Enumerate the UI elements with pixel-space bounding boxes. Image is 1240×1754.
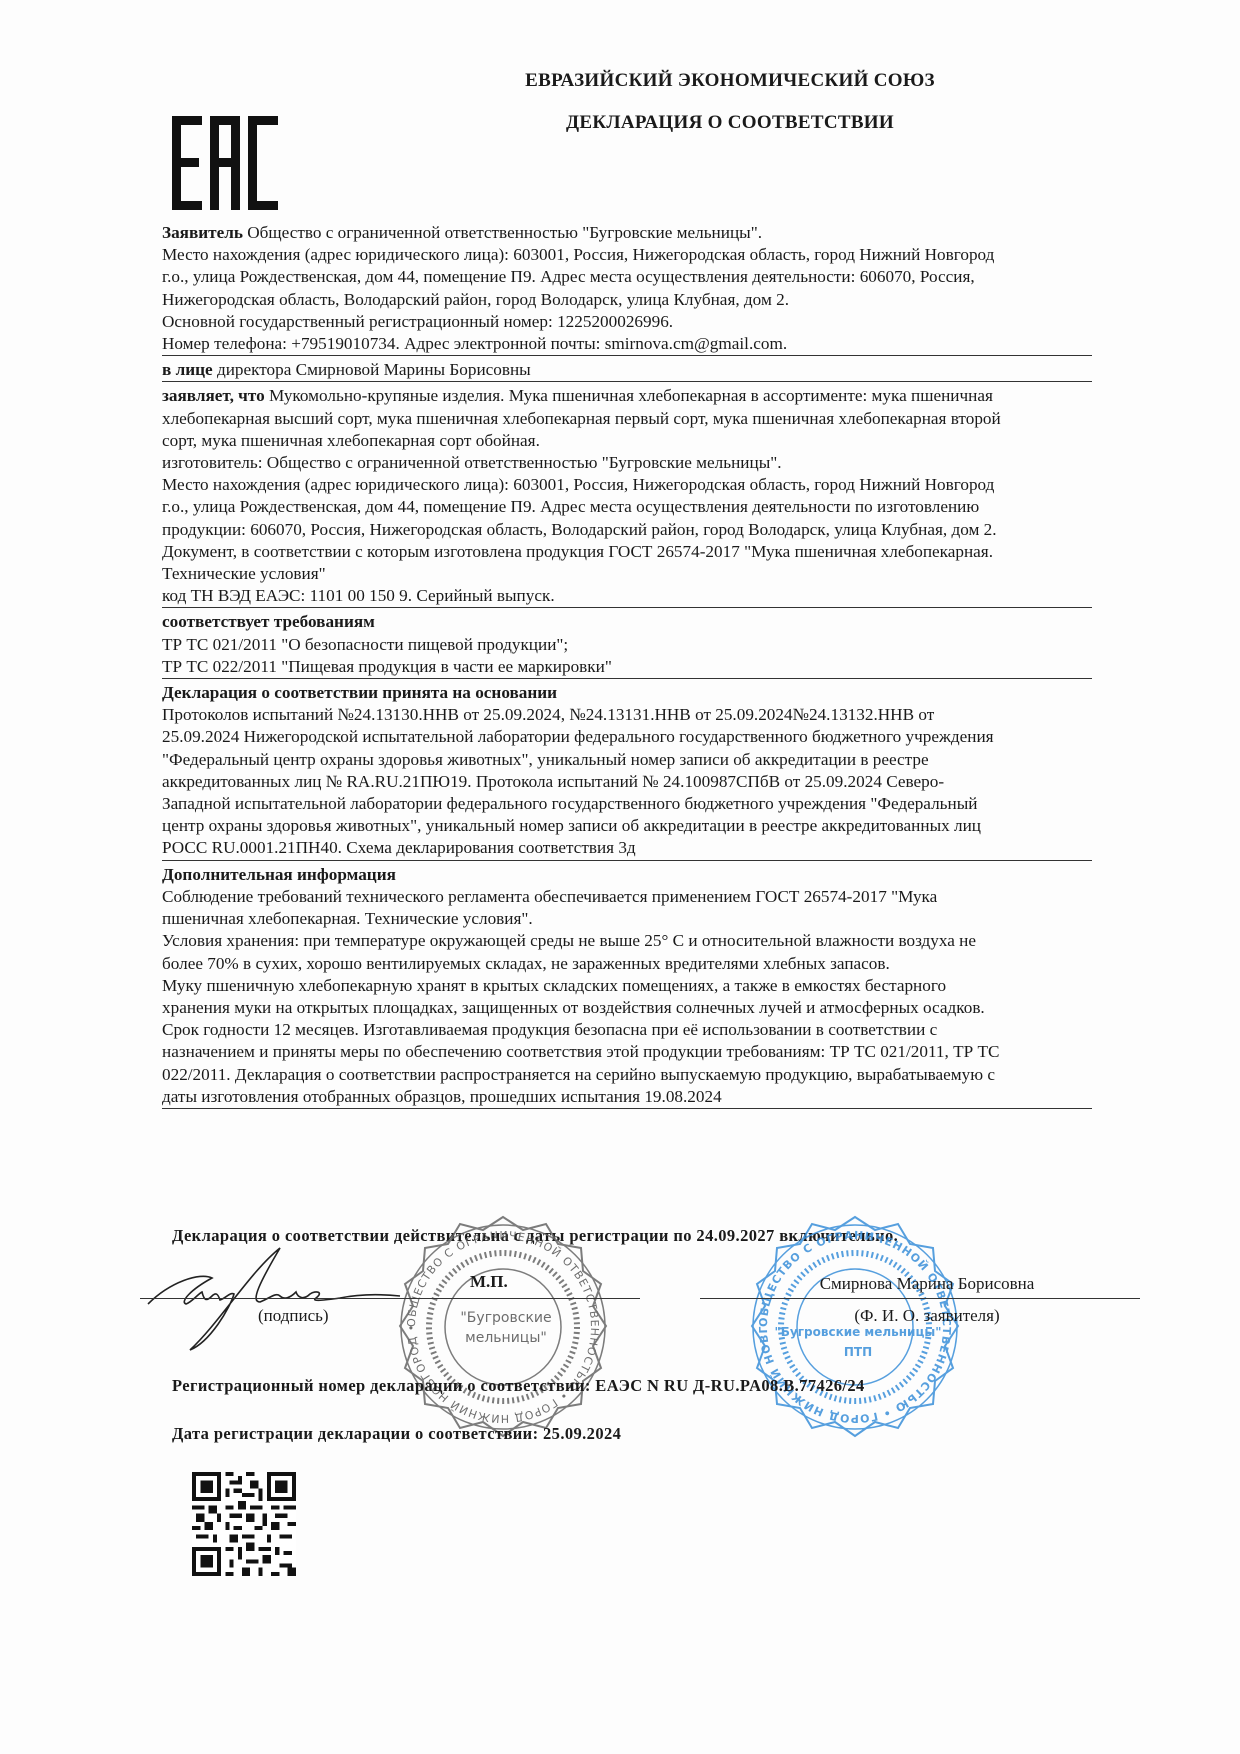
applicant-address-line: Место нахождения (адрес юридического лиц… <box>162 244 1092 266</box>
declares-line: продукции: 606070, Россия, Нижегородская… <box>162 519 1092 541</box>
basis-label: Декларация о соответствии принята на осн… <box>162 682 1092 704</box>
basis-line: Протоколов испытаний №24.13130.ННВ от 25… <box>162 704 1092 726</box>
declares-label: заявляет, что <box>162 386 265 405</box>
additional-line: Условия хранения: при температуре окружа… <box>162 930 1092 952</box>
signature-block: М.П. (подпись) Смирнова Марина Борисовна… <box>140 1250 1100 1360</box>
declares-line: Место нахождения (адрес юридического лиц… <box>162 474 1092 496</box>
declares-line: Документ, в соответствии с которым изгот… <box>162 541 1092 563</box>
applicant-address-line: Нижегородская область, Володарский район… <box>162 289 1092 311</box>
applicant-name: Общество с ограниченной ответственностью… <box>243 223 762 242</box>
basis-section: Декларация о соответствии принята на осн… <box>162 682 1092 861</box>
eac-logo-icon <box>172 116 280 210</box>
additional-line: Муку пшеничную хлебопекарную хранят в кр… <box>162 975 1092 997</box>
basis-line: 25.09.2024 Нижегородской испытательной л… <box>162 726 1092 748</box>
regulation-line: ТР ТС 022/2011 "Пищевая продукция в част… <box>162 656 1092 678</box>
registration-number-label: Регистрационный номер декларации о соотв… <box>172 1376 595 1395</box>
qr-code-icon[interactable] <box>192 1472 296 1576</box>
declares-line: хлебопекарная высший сорт, мука пшенична… <box>162 408 1092 430</box>
declares-line: сорт, мука пшеничная хлебопекарная сорт … <box>162 430 1092 452</box>
applicant-full-name: Смирнова Марина Борисовна <box>722 1274 1132 1294</box>
additional-line: назначением и приняты меры по обеспечени… <box>162 1041 1092 1063</box>
handwritten-signature-icon <box>140 1242 420 1352</box>
additional-line: Соблюдение требований технического регла… <box>162 886 1092 908</box>
declares-line: Технические условия" <box>162 563 1092 585</box>
registration-date-line: Дата регистрации декларации о соответств… <box>172 1424 621 1444</box>
additional-line: пшеничная хлебопекарная. Технические усл… <box>162 908 1092 930</box>
additional-line: Срок годности 12 месяцев. Изготавливаема… <box>162 1019 1092 1041</box>
name-line <box>700 1298 1140 1299</box>
document-title: ДЕКЛАРАЦИЯ О СООТВЕТСТВИИ <box>470 112 990 134</box>
basis-line: центр охраны здоровья животных", уникаль… <box>162 815 1092 837</box>
document-body: Заявитель Общество с ограниченной ответс… <box>162 222 1092 1112</box>
additional-line: более 70% в сухих, хорошо вентилируемых … <box>162 953 1092 975</box>
additional-label: Дополнительная информация <box>162 864 1092 886</box>
basis-line: аккредитованных лиц № RA.RU.21ПЮ19. Прот… <box>162 771 1092 793</box>
registration-number: ЕАЭС N RU Д-RU.PA08.B.77426/24 <box>595 1376 864 1395</box>
product-description: Мукомольно-крупяные изделия. Мука пшенич… <box>265 386 993 405</box>
representative-text: директора Смирновой Марины Борисовны <box>213 360 531 379</box>
declares-section: заявляет, что Мукомольно-крупяные издели… <box>162 385 1092 608</box>
hs-code-line: код ТН ВЭД ЕАЭС: 1101 00 150 9. Серийный… <box>162 585 1092 607</box>
signature-caption: (подпись) <box>258 1306 329 1326</box>
applicant-label: Заявитель <box>162 223 243 242</box>
additional-line: хранения муки на открытых площадках, защ… <box>162 997 1092 1019</box>
applicant-ogrn: Основной государственный регистрационный… <box>162 311 1092 333</box>
additional-line: даты изготовления отобранных образцов, п… <box>162 1086 1092 1108</box>
applicant-contacts: Номер телефона: +79519010734. Адрес элек… <box>162 333 1092 355</box>
complies-section: соответствует требованиям ТР ТС 021/2011… <box>162 611 1092 679</box>
complies-label: соответствует требованиям <box>162 611 1092 633</box>
registration-date-label: Дата регистрации декларации о соответств… <box>172 1424 543 1443</box>
representative-label: в лице <box>162 360 213 379</box>
additional-line: 022/2011. Декларация о соответствии расп… <box>162 1064 1092 1086</box>
basis-line: "Федеральный центр охраны здоровья живот… <box>162 749 1092 771</box>
additional-section: Дополнительная информация Соблюдение тре… <box>162 864 1092 1109</box>
declaration-page: ЕВРАЗИЙСКИЙ ЭКОНОМИЧЕСКИЙ СОЮЗ ДЕКЛАРАЦИ… <box>0 0 1240 1754</box>
union-title: ЕВРАЗИЙСКИЙ ЭКОНОМИЧЕСКИЙ СОЮЗ <box>470 70 990 92</box>
signature-line <box>140 1298 640 1299</box>
manufacturer-line: изготовитель: Общество с ограниченной от… <box>162 452 1092 474</box>
applicant-address-line: г.о., улица Рождественская, дом 44, поме… <box>162 266 1092 288</box>
seal-place-label: М.П. <box>470 1272 508 1292</box>
applicant-name-caption: (Ф. И. О. заявителя) <box>722 1306 1132 1326</box>
declares-line: г.о., улица Рождественская, дом 44, поме… <box>162 496 1092 518</box>
registration-date: 25.09.2024 <box>543 1424 621 1443</box>
applicant-section: Заявитель Общество с ограниченной ответс… <box>162 222 1092 356</box>
representative-section: в лице директора Смирновой Марины Борисо… <box>162 359 1092 382</box>
registration-number-line: Регистрационный номер декларации о соотв… <box>172 1376 865 1396</box>
basis-line: Западной испытательной лаборатории федер… <box>162 793 1092 815</box>
basis-line: РОСС RU.0001.21ПН40. Схема декларировани… <box>162 837 1092 859</box>
regulation-line: ТР ТС 021/2011 "О безопасности пищевой п… <box>162 634 1092 656</box>
